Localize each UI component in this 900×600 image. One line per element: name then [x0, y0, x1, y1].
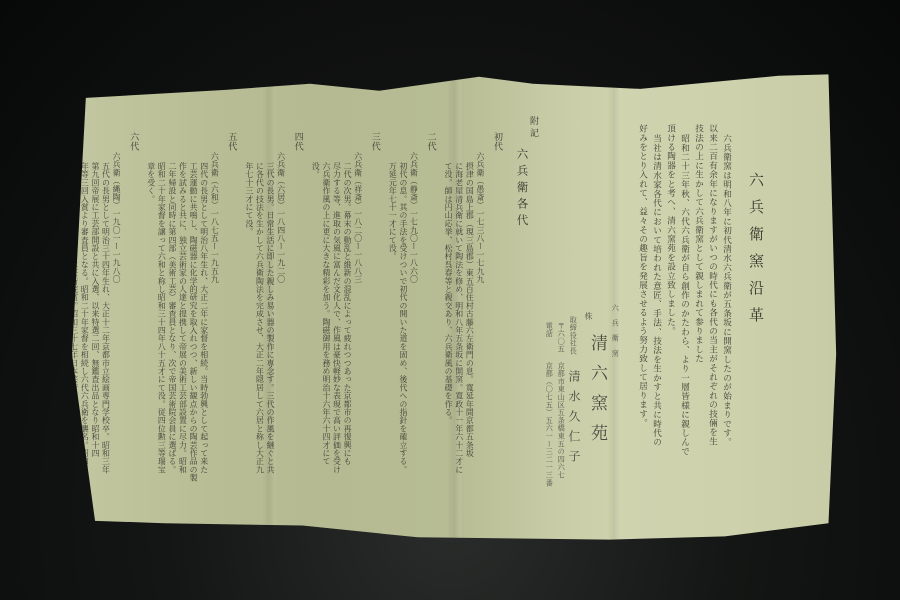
generation-line: 四代の長男として明治八年生れ、大正二年に家督を相続。当時勃興として起って来た	[200, 162, 208, 474]
generation-line: 五代の長男として明治三十四年生れ、大正十二年京都市立絵画専門学校卒。昭和三年	[102, 162, 110, 474]
generation-line: 十年「玄窯瓶鳥花瓶」をベルリン芸術祭の日本現代工芸展に出品。紺綬。昭和五十一	[59, 162, 67, 474]
appendix-label: 附記	[528, 116, 537, 140]
generation-heading: 四代	[293, 132, 302, 151]
generation-line: 六兵衛（祥斎）一八二〇ー一八八三	[354, 152, 362, 283]
president-name: 清水久仁子	[568, 370, 580, 470]
generation-line: 六兵衛（縄陶）一九〇一ー一九八〇	[112, 152, 120, 283]
generation-heading: 三代	[370, 132, 379, 151]
brand-prefix: 株	[584, 312, 592, 321]
generation-heading: 初代	[492, 132, 501, 151]
generation-line: 昭和二十年家督を譲って六和と称し昭和三十四年八十五才にて没。従四位勲三等瑞宝	[157, 162, 165, 474]
generation-line: に海老屋清兵衛に就いて陶法を修め、明和八年五条坂に開窯。寛政十一年六十二才に	[455, 162, 463, 474]
generation-line: 六兵衛（静斎）一七九〇ー一八六〇	[410, 152, 418, 283]
appendix-heading: 六兵衛各代	[516, 148, 528, 231]
generation-line: 六兵衛（六和）一八七五ー一九五九	[210, 152, 218, 283]
address: 京都市東山区五条橋東五の四六七	[558, 362, 565, 479]
generation-line: 六兵衛（愚斎）一七三八ー一七九九	[476, 152, 484, 283]
brand-name: 清六窯苑	[588, 334, 605, 454]
generation-line: 二年帰設と同時に第四部（美術工芸）審査員となり、次で帝国芸術院会員に選ばる。	[168, 162, 176, 474]
generation-line: 六兵衛（六居）一八四八ー一九二〇	[277, 152, 285, 283]
generation-line: 没。	[311, 162, 319, 178]
generation-line: 六兵衛 一九二二ー	[3, 152, 11, 227]
generation-heading: 二代	[426, 132, 435, 151]
history-line: 技法の上に生かして六兵衛窯として親しまれて参りました	[694, 124, 703, 363]
generation-line: 摂津の国島上郡（現三島郡）東五百住村古藤六左衛門の息。寛延年間京都五条坂	[465, 162, 473, 457]
generation-line: 三代の長男。日常生活に即した親しみ易い器の製作に専念す。三代の作風を継ぐと共	[266, 162, 274, 474]
generation-line: 二代の次男。幕末の動乱と維新の混乱によって疲れつつあった京都市の再復興にも	[343, 162, 351, 465]
generation-line: 万延元年七十一才にて没。	[388, 162, 396, 260]
generation-line: 大正十一年生れ。昭和十七年名古屋高等工業学校建築学科卒（現名古屋工業大学）昭	[0, 162, 1, 474]
generation-line: 工芸運動に共鳴し、陶磁器に化学的研究を取入れつつ、新しい観点からの陶芸作品の製	[189, 162, 197, 482]
history-line: 以来二百有余年になりますがいつの時代にも各代の当主がそれぞれの技倆を生	[708, 124, 717, 446]
generation-heading: 五代	[226, 132, 235, 151]
generation-line: 六兵衛作風の上に更に大きな精彩を加う。陶磁御用を務め明治十六年六十四才にて	[322, 162, 330, 465]
history-line: 当社は清水家各代において培われた意匠、手法、技法を生かすと共に時代の	[652, 134, 661, 447]
phone-number: 京都（〇七五）五六一ー三二一三番	[546, 362, 553, 487]
generation-line: 作を試みると共に、独立芸術家の人達と提携して帝展の美術工芸部設置に尽力。昭和	[179, 162, 187, 474]
generation-line: 正四位勲二等瑞宝章を受く。	[38, 162, 46, 269]
generation-line: に各代の技法を生かして六兵衛陶法を完成させ、大正二年隠居して六居と称し大正九	[256, 162, 264, 474]
generation-line: 章を受く。	[147, 162, 155, 203]
generation-line: 年等三回入賞より審査員となる。昭和二十年家督を相続し六代六兵衛を襲名。昭和三	[80, 162, 88, 474]
history-line: 好みをとり入れて、益々その趣旨を発展させるよう努力致して居ります。	[638, 124, 647, 428]
generation-line: 年文化功労者に列せらる。昭和五十五年清水六兵衛歴代名陶展を開催中急逝。八十才。	[49, 162, 57, 482]
generation-line: て没。師は円山応挙、松村呉春等と親交あり、六兵衛風の基礎を作る。	[444, 162, 452, 424]
history-line: 昭和二十三年秋、六代六兵衛が自ら創作のかたわら、より一層皆様に親しんで	[680, 134, 689, 456]
history-line: 六兵衛窯は明和八年に初代清水六兵衛が五条坂に開窯したのが始まりです。	[722, 134, 731, 447]
history-line: 頂ける陶器をと考へ、清六窯苑を設立致しました。	[666, 124, 675, 336]
generation-line: 尽力する等、進取の気風に富んだ文化人で、作風は豪快軽妙な表現で高い評価を受け	[333, 162, 341, 474]
postal-code: 〒六〇五	[558, 322, 565, 353]
president-role: 取締役社長	[570, 316, 577, 355]
leaflet-paper: 六兵衛窯沿革 六兵衛窯は明和八年に初代清水六兵衛が五条坂に開窯したのが始まりです…	[72, 72, 840, 542]
generation-line: 第九回帝展に工芸部開設と共に入選、以来特選二回、無鑑査出品となり昭和十四	[91, 162, 99, 457]
kiln-label: 六兵衛窯	[612, 304, 619, 365]
generation-line: 年七十三才にて没。	[245, 162, 253, 236]
generation-line: 初代の息。其の手法を受けついで初代の開いた道を固め、後代への指針を確立する。	[399, 162, 407, 474]
generation-line: 十一年「玄窯譜壺」にて日本芸術院賞。昭和三十七年日本芸術院会員、昭和四	[70, 162, 78, 449]
generation-heading: 現代	[19, 132, 28, 151]
document-title: 六兵衛窯沿革	[748, 172, 763, 334]
phone-label: 電話	[546, 322, 553, 338]
generation-heading: 六代	[128, 132, 137, 151]
